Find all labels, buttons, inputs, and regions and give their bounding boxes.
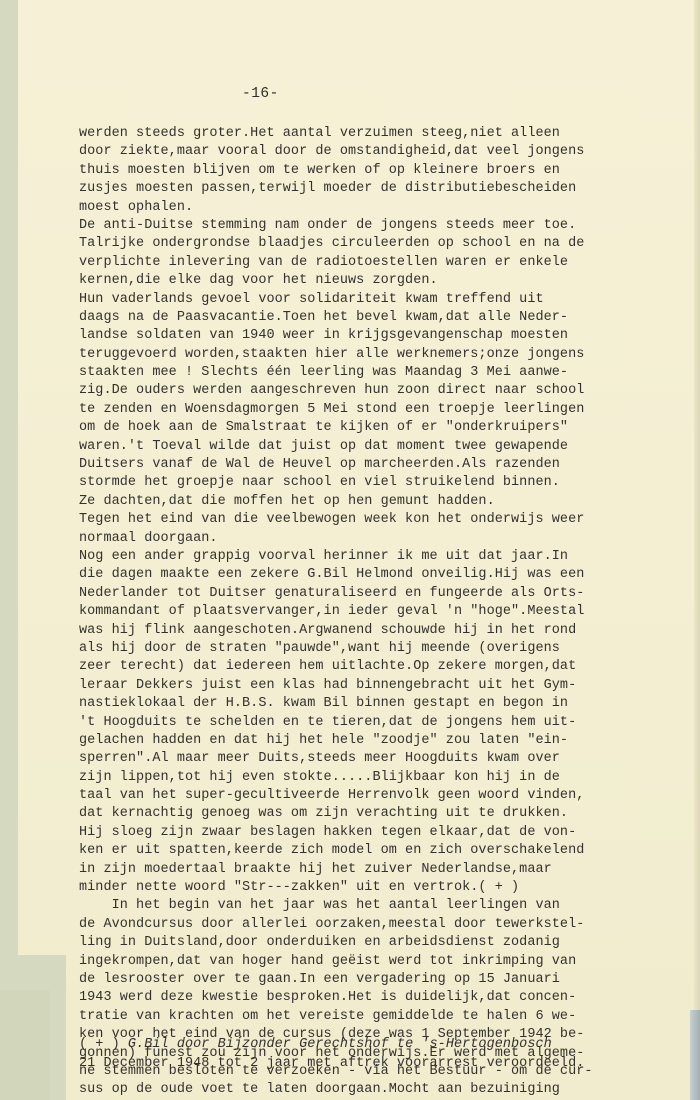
text-line: 't Hoogduits te schelden en te tieren,da…: [79, 714, 679, 732]
text-line: landse soldaten van 1940 weer in krijgsg…: [79, 327, 679, 345]
text-line: Hij sloeg zijn zwaar beslagen hakken teg…: [79, 824, 679, 842]
text-line: moest ophalen.: [79, 199, 679, 217]
footnote-line-2: 21 December 1948 tot 2 jaar met aftrek v…: [79, 1055, 679, 1074]
text-line: stormde het groepje naar school en viel …: [79, 474, 679, 492]
text-line: in zijn moedertaal braakte hij het zuive…: [79, 861, 679, 879]
text-line: De anti-Duitse stemming nam onder de jon…: [79, 217, 679, 235]
text-line: Talrijke ondergrondse blaadjes circuleer…: [79, 235, 679, 253]
text-line: normaal doorgaan.: [79, 530, 679, 548]
text-line: werden steeds groter.Het aantal verzuime…: [79, 125, 679, 143]
text-line: 1943 werd deze kwestie besproken.Het is …: [79, 989, 679, 1007]
text-line: verplichte inlevering van de radiotoeste…: [79, 254, 679, 272]
body-text: werden steeds groter.Het aantal verzuime…: [79, 125, 679, 1100]
text-line: de Avondcursus door allerlei oorzaken,me…: [79, 916, 679, 934]
text-line: staakten mee ! Slechts één leerling was …: [79, 364, 679, 382]
text-line: als hij door de straten "pauwde",want hi…: [79, 640, 679, 658]
text-line: kommandant of plaatsvervanger,in ieder g…: [79, 603, 679, 621]
text-line: sus op de oude voet te laten doorgaan.Mo…: [79, 1081, 679, 1099]
text-line: zig.De ouders werden aangeschreven hun z…: [79, 382, 679, 400]
text-line: gelachen hadden en dat hij het hele "zoo…: [79, 732, 679, 750]
text-line: Tegen het eind van die veelbewogen week …: [79, 511, 679, 529]
scan-margin-left: [0, 0, 20, 1100]
page-number: -16-: [242, 86, 279, 102]
text-line: Nederlander tot Duitser genaturaliseerd …: [79, 585, 679, 603]
footnote-marker: ( + ): [79, 1037, 128, 1052]
text-line: nastieklokaal der H.B.S. kwam Bil binnen…: [79, 695, 679, 713]
text-line: In het begin van het jaar was het aantal…: [79, 897, 679, 915]
text-line: was hij flink aangeschoten.Argwanend sch…: [79, 622, 679, 640]
text-line: Ze dachten,dat die moffen het op hen gem…: [79, 493, 679, 511]
text-line: Duitsers vanaf de Wal de Heuvel op march…: [79, 456, 679, 474]
text-line: kernen,die elke dag voor het nieuws zorg…: [79, 272, 679, 290]
text-line: om de hoek aan de Smalstraat te kijken o…: [79, 419, 679, 437]
text-line: zusjes moesten passen,terwijl moeder de …: [79, 180, 679, 198]
scan-shadow-bottom-right: [690, 1010, 700, 1100]
text-line: te zenden en Woensdagmorgen 5 Mei stond …: [79, 401, 679, 419]
text-line: sperren".Al maar meer Duits,steeds meer …: [79, 750, 679, 768]
text-line: daags na de Paasvacantie.Toen het bevel …: [79, 309, 679, 327]
footnote-italic-text: G.Bil door Bijzonder Gerechtshof te 's-H…: [128, 1037, 552, 1052]
text-line: Hun vaderlands gevoel voor solidariteit …: [79, 291, 679, 309]
text-line: zijn lippen,tot hij even stokte.....Blij…: [79, 769, 679, 787]
text-line: minder nette woord "Str---zakken" uit en…: [79, 879, 679, 897]
text-line: ken er uit spatten,keerde zich model om …: [79, 842, 679, 860]
text-line: door ziekte,maar vooral door de omstandi…: [79, 143, 679, 161]
text-line: zeer terecht) dat iedereen hem uitlachte…: [79, 658, 679, 676]
text-line: ling in Duitsland,door onderduiken en ar…: [79, 934, 679, 952]
scan-margin-notch-inner: [0, 990, 50, 1100]
text-line: waren.'t Toeval wilde dat juist op dat m…: [79, 438, 679, 456]
text-line: dat kernachtig genoeg was om zijn verach…: [79, 805, 679, 823]
text-line: taal van het super-gecultiveerde Herrenv…: [79, 787, 679, 805]
footnote-line-1: ( + ) G.Bil door Bijzonder Gerechtshof t…: [79, 1036, 679, 1055]
footnote: ( + ) G.Bil door Bijzonder Gerechtshof t…: [79, 1036, 679, 1073]
page-right-edge: [694, 0, 700, 1100]
text-line: Nog een ander grappig voorval herinner i…: [79, 548, 679, 566]
text-line: de lesrooster over te gaan.In een vergad…: [79, 971, 679, 989]
text-line: tratie van krachten om het vereiste gemi…: [79, 1008, 679, 1026]
text-line: teruggevoerd worden,staakten hier alle w…: [79, 346, 679, 364]
text-line: thuis moesten blijven om te werken of op…: [79, 162, 679, 180]
text-line: die dagen maakte een zekere G.Bil Helmon…: [79, 566, 679, 584]
text-line: ingekrompen,dat van hoger hand geëist we…: [79, 953, 679, 971]
text-line: leraar Dekkers juist een klas had binnen…: [79, 677, 679, 695]
